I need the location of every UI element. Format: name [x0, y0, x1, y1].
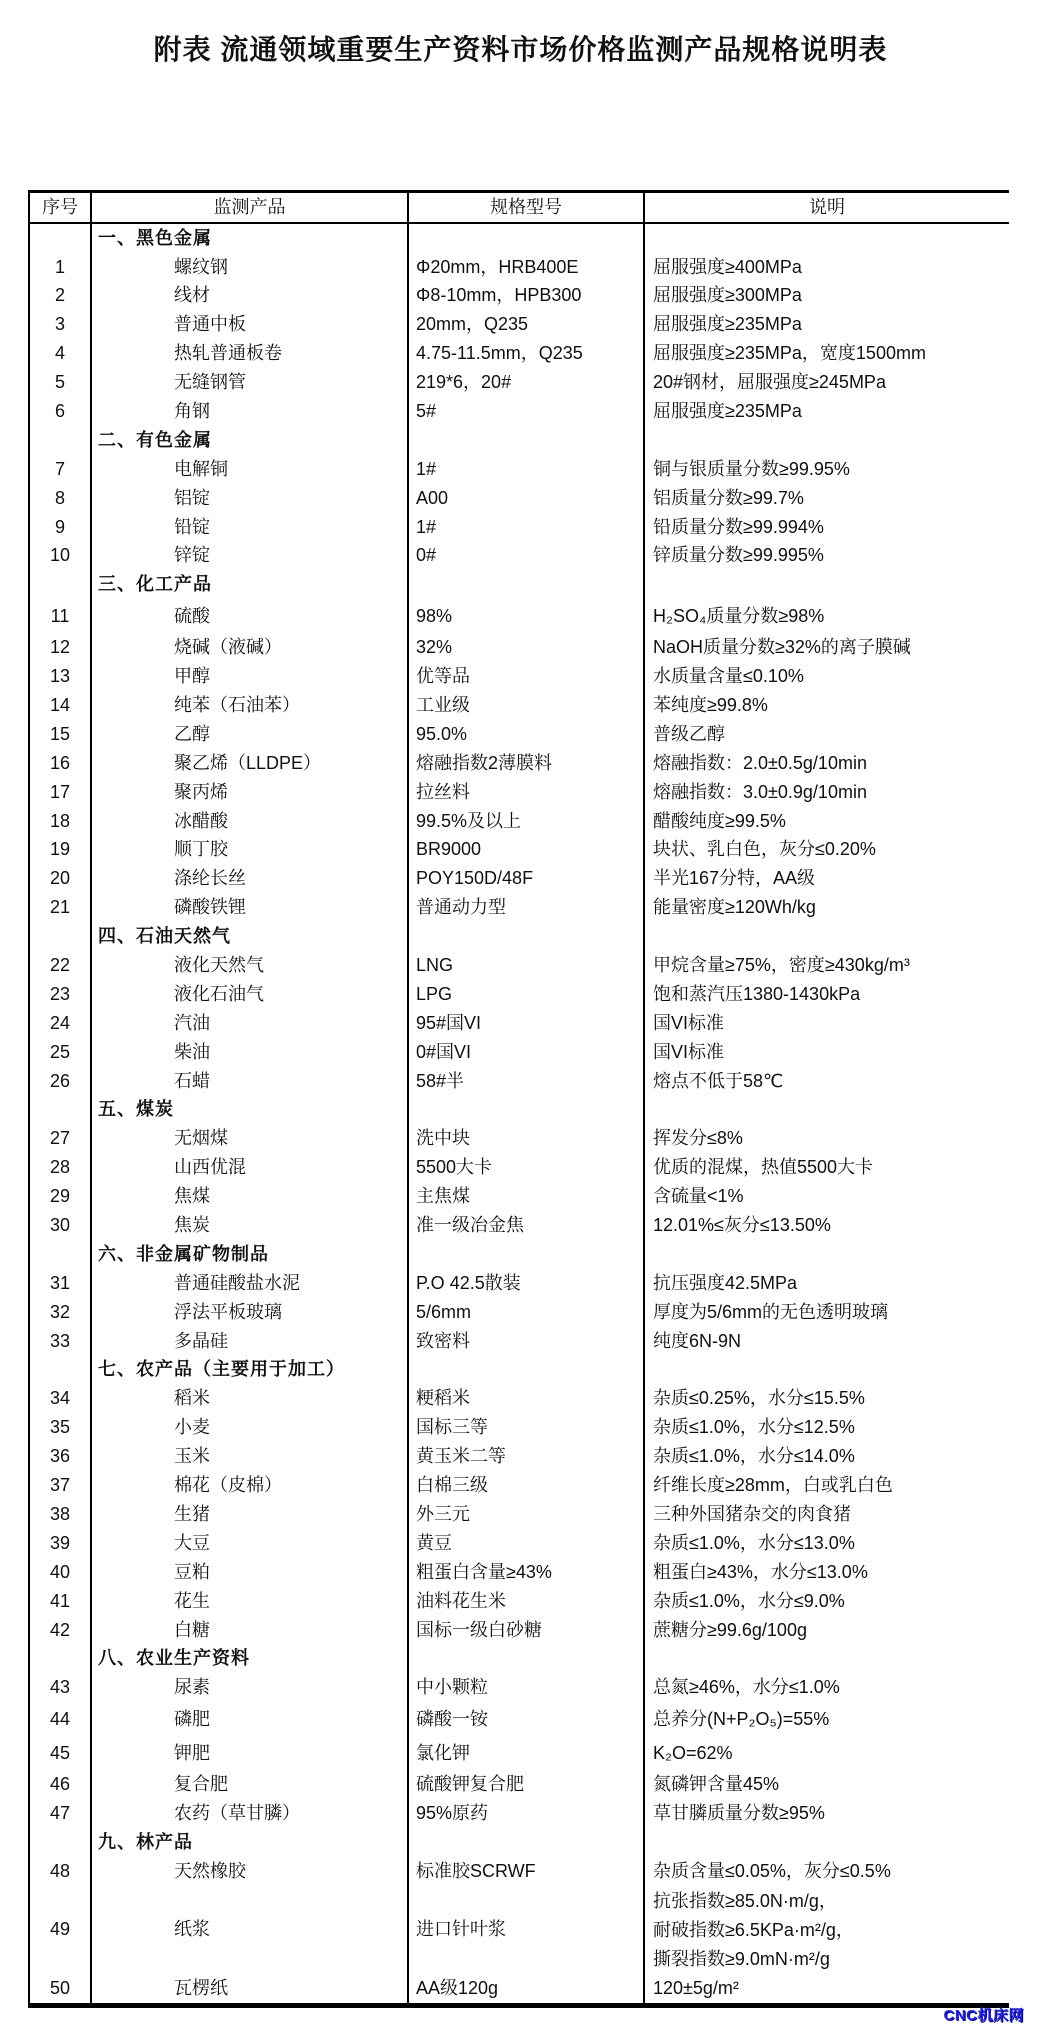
cell-desc: 铝质量分数≥99.7% — [643, 484, 1009, 513]
cell-desc — [643, 1240, 1009, 1269]
cell-no: 37 — [30, 1471, 90, 1500]
page-title: 附表 流通领域重要生产资料市场价格监测产品规格说明表 — [0, 28, 1041, 68]
table-row: 30 焦炭 准一级冶金焦 12.01%≤灰分≤13.50% — [30, 1211, 1009, 1240]
cell-product: 无缝钢管 — [90, 368, 407, 397]
cell-no: 40 — [30, 1558, 90, 1587]
cell-desc: 国VI标准 — [643, 1038, 1009, 1067]
cell-product: 线材 — [90, 282, 407, 311]
col-header-spec: 规格型号 — [407, 193, 643, 222]
col-header-desc: 说明 — [643, 193, 1009, 222]
cell-desc — [643, 1096, 1009, 1125]
cell-spec: 洗中块 — [407, 1125, 643, 1154]
cell-no: 11 — [30, 600, 90, 634]
table-row: 7 电解铜 1# 铜与银质量分数≥99.95% — [30, 455, 1009, 484]
cell-spec: 氯化钾 — [407, 1737, 643, 1771]
cell-desc: 三种外国猪杂交的肉食猪 — [643, 1500, 1009, 1529]
cell-desc: 屈服强度≥235MPa — [643, 397, 1009, 426]
cell-spec: 准一级冶金焦 — [407, 1211, 643, 1240]
table-row: 13 甲醇 优等品 水质量含量≤0.10% — [30, 662, 1009, 691]
cell-product: 角钢 — [90, 397, 407, 426]
cell-product: 稻米 — [90, 1385, 407, 1414]
cell-no: 1 — [30, 253, 90, 282]
cell-no — [30, 1240, 90, 1269]
cell-spec: 95%原药 — [407, 1799, 643, 1828]
table-category-row: 二、有色金属 — [30, 426, 1009, 455]
cell-desc — [643, 571, 1009, 600]
cell-desc: 总养分(N+P₂O₅)=55% — [643, 1703, 1009, 1737]
cell-desc: 屈服强度≥235MPa — [643, 311, 1009, 340]
cell-no: 33 — [30, 1327, 90, 1356]
cell-desc: H₂SO₄质量分数≥98% — [643, 600, 1009, 634]
cell-product: 涤纶长丝 — [90, 865, 407, 894]
cell-product: 电解铜 — [90, 455, 407, 484]
cell-product: 聚丙烯 — [90, 778, 407, 807]
cell-product: 棉花（皮棉） — [90, 1471, 407, 1500]
cell-spec: 1# — [407, 513, 643, 542]
cell-no: 14 — [30, 691, 90, 720]
cell-product: 焦煤 — [90, 1183, 407, 1212]
cell-desc: 纤维长度≥28mm，白或乳白色 — [643, 1471, 1009, 1500]
cell-spec: 主焦煤 — [407, 1183, 643, 1212]
cell-spec — [407, 426, 643, 455]
cell-spec: 1# — [407, 455, 643, 484]
cell-desc: K₂O=62% — [643, 1737, 1009, 1771]
table-body: 一、黑色金属 1 螺纹钢 Φ20mm，HRB400E 屈服强度≥400MPa 2… — [30, 224, 1009, 2003]
cell-product: 乙醇 — [90, 720, 407, 749]
cell-product: 四、石油天然气 — [90, 922, 407, 951]
cell-spec: BR9000 — [407, 836, 643, 865]
cell-no: 45 — [30, 1737, 90, 1771]
cell-spec: 5500大卡 — [407, 1154, 643, 1183]
cell-desc-line: 抗张指数≥85.0N·m/g， — [653, 1887, 837, 1916]
table-row: 21 磷酸铁锂 普通动力型 能量密度≥120Wh/kg — [30, 894, 1009, 923]
cell-desc: 杂质≤0.25%，水分≤15.5% — [643, 1385, 1009, 1414]
cell-product: 大豆 — [90, 1529, 407, 1558]
cell-product: 天然橡胶 — [90, 1857, 407, 1886]
cell-no — [30, 1096, 90, 1125]
cell-spec: 油料花生米 — [407, 1587, 643, 1616]
cell-no: 29 — [30, 1183, 90, 1212]
cell-product: 六、非金属矿物制品 — [90, 1240, 407, 1269]
table-row: 1 螺纹钢 Φ20mm，HRB400E 屈服强度≥400MPa — [30, 253, 1009, 282]
cell-spec: A00 — [407, 484, 643, 513]
table-row: 34 稻米 粳稻米 杂质≤0.25%，水分≤15.5% — [30, 1385, 1009, 1414]
cell-no: 8 — [30, 484, 90, 513]
cell-product: 三、化工产品 — [90, 571, 407, 600]
cell-no: 32 — [30, 1298, 90, 1327]
table-category-row: 八、农业生产资料 — [30, 1645, 1009, 1674]
cell-product: 小麦 — [90, 1414, 407, 1443]
table-row: 6 角钢 5# 屈服强度≥235MPa — [30, 397, 1009, 426]
table-row: 47 农药（草甘膦） 95%原药 草甘膦质量分数≥95% — [30, 1799, 1009, 1828]
cell-desc: 总氮≥46%，水分≤1.0% — [643, 1674, 1009, 1703]
table-row: 35 小麦 国标三等 杂质≤1.0%，水分≤12.5% — [30, 1414, 1009, 1443]
table-row: 33 多晶硅 致密料 纯度6N-9N — [30, 1327, 1009, 1356]
cell-no — [30, 922, 90, 951]
cell-desc: 草甘膦质量分数≥95% — [643, 1799, 1009, 1828]
cell-desc: NaOH质量分数≥32%的离子膜碱 — [643, 634, 1009, 663]
table-category-row: 三、化工产品 — [30, 571, 1009, 600]
table-row: 9 铅锭 1# 铅质量分数≥99.994% — [30, 513, 1009, 542]
cell-desc: 普级乙醇 — [643, 720, 1009, 749]
cell-product: 液化石油气 — [90, 980, 407, 1009]
cell-desc — [643, 1356, 1009, 1385]
cell-desc: 块状、乳白色，灰分≤0.20% — [643, 836, 1009, 865]
cell-no: 26 — [30, 1067, 90, 1096]
cell-desc: 国VI标准 — [643, 1009, 1009, 1038]
cell-desc: 锌质量分数≥99.995% — [643, 542, 1009, 571]
cell-no: 20 — [30, 865, 90, 894]
table-header-row: 序号 监测产品 规格型号 说明 — [30, 193, 1009, 224]
cell-desc: 粗蛋白≥43%，水分≤13.0% — [643, 1558, 1009, 1587]
cell-no: 47 — [30, 1799, 90, 1828]
cell-spec: 0#国VI — [407, 1038, 643, 1067]
cell-no: 18 — [30, 807, 90, 836]
cell-product: 热轧普通板卷 — [90, 340, 407, 369]
cell-no — [30, 1356, 90, 1385]
cell-no: 6 — [30, 397, 90, 426]
cell-product: 焦炭 — [90, 1211, 407, 1240]
cell-spec: LNG — [407, 951, 643, 980]
cell-desc: 厚度为5/6mm的无色透明玻璃 — [643, 1298, 1009, 1327]
cell-product: 聚乙烯（LLDPE） — [90, 749, 407, 778]
cell-product: 液化天然气 — [90, 951, 407, 980]
cell-product: 玉米 — [90, 1443, 407, 1472]
cell-no: 30 — [30, 1211, 90, 1240]
cell-no: 50 — [30, 1974, 90, 2003]
cell-spec: 硫酸钾复合肥 — [407, 1771, 643, 1800]
cell-spec: 98% — [407, 600, 643, 634]
cell-spec: AA级120g — [407, 1974, 643, 2003]
cell-spec: 致密料 — [407, 1327, 643, 1356]
cell-no: 9 — [30, 513, 90, 542]
cell-product: 七、农产品（主要用于加工） — [90, 1356, 407, 1385]
cell-spec: 95#国VI — [407, 1009, 643, 1038]
cell-desc-line: 耐破指数≥6.5KPa·m²/g， — [653, 1916, 854, 1945]
cell-desc: 氮磷钾含量45% — [643, 1771, 1009, 1800]
cell-no: 49 — [30, 1886, 90, 1974]
cell-product: 纸浆 — [90, 1886, 407, 1974]
cell-no: 46 — [30, 1771, 90, 1800]
cell-desc: 杂质≤1.0%，水分≤13.0% — [643, 1529, 1009, 1558]
cell-no: 31 — [30, 1269, 90, 1298]
cell-no — [30, 1828, 90, 1857]
cell-product: 复合肥 — [90, 1771, 407, 1800]
cell-product: 生猪 — [90, 1500, 407, 1529]
cell-spec — [407, 1828, 643, 1857]
cell-product: 尿素 — [90, 1674, 407, 1703]
table-category-row: 一、黑色金属 — [30, 224, 1009, 253]
table-row: 46 复合肥 硫酸钾复合肥 氮磷钾含量45% — [30, 1771, 1009, 1800]
cell-desc — [643, 224, 1009, 253]
cell-no: 23 — [30, 980, 90, 1009]
table-row: 31 普通硅酸盐水泥 P.O 42.5散装 抗压强度42.5MPa — [30, 1269, 1009, 1298]
table-row: 4 热轧普通板卷 4.75-11.5mm，Q235 屈服强度≥235MPa，宽度… — [30, 340, 1009, 369]
cell-spec: 5# — [407, 397, 643, 426]
cell-no: 43 — [30, 1674, 90, 1703]
table-row: 39 大豆 黄豆 杂质≤1.0%，水分≤13.0% — [30, 1529, 1009, 1558]
table-row: 50 瓦楞纸 AA级120g 120±5g/m² — [30, 1974, 1009, 2003]
cell-spec: 95.0% — [407, 720, 643, 749]
cell-no: 39 — [30, 1529, 90, 1558]
cell-spec: 国标三等 — [407, 1414, 643, 1443]
cell-spec: 国标一级白砂糖 — [407, 1616, 643, 1645]
cell-product: 石蜡 — [90, 1067, 407, 1096]
cell-no: 2 — [30, 282, 90, 311]
cell-spec: 黄玉米二等 — [407, 1443, 643, 1472]
cell-desc: 杂质≤1.0%，水分≤12.5% — [643, 1414, 1009, 1443]
cell-spec: 32% — [407, 634, 643, 663]
cell-spec: Φ20mm，HRB400E — [407, 253, 643, 282]
table-row: 49 纸浆 进口针叶浆 抗张指数≥85.0N·m/g，耐破指数≥6.5KPa·m… — [30, 1886, 1009, 1974]
cell-spec — [407, 1645, 643, 1674]
cell-no — [30, 224, 90, 253]
cell-desc — [643, 426, 1009, 455]
table-row: 44 磷肥 磷酸一铵 总养分(N+P₂O₅)=55% — [30, 1703, 1009, 1737]
table-row: 20 涤纶长丝 POY150D/48F 半光167分特，AA级 — [30, 865, 1009, 894]
table-row: 23 液化石油气 LPG 饱和蒸汽压1380-1430kPa — [30, 980, 1009, 1009]
table-row: 24 汽油 95#国VI 国VI标准 — [30, 1009, 1009, 1038]
cell-spec: 20mm，Q235 — [407, 311, 643, 340]
cell-desc: 半光167分特，AA级 — [643, 865, 1009, 894]
cell-no — [30, 571, 90, 600]
cell-spec — [407, 1240, 643, 1269]
cell-desc: 20#钢材，屈服强度≥245MPa — [643, 368, 1009, 397]
table-row: 27 无烟煤 洗中块 挥发分≤8% — [30, 1125, 1009, 1154]
cell-no: 48 — [30, 1857, 90, 1886]
table-row: 19 顺丁胶 BR9000 块状、乳白色，灰分≤0.20% — [30, 836, 1009, 865]
table-category-row: 五、煤炭 — [30, 1096, 1009, 1125]
cell-product: 硫酸 — [90, 600, 407, 634]
table-row: 11 硫酸 98% H₂SO₄质量分数≥98% — [30, 600, 1009, 634]
cell-desc: 含硫量<1% — [643, 1183, 1009, 1212]
table-row: 15 乙醇 95.0% 普级乙醇 — [30, 720, 1009, 749]
cell-desc: 挥发分≤8% — [643, 1125, 1009, 1154]
cell-spec: 熔融指数2薄膜料 — [407, 749, 643, 778]
cell-product: 二、有色金属 — [90, 426, 407, 455]
cell-no — [30, 426, 90, 455]
table-row: 12 烧碱（液碱） 32% NaOH质量分数≥32%的离子膜碱 — [30, 634, 1009, 663]
cell-spec — [407, 1096, 643, 1125]
cell-no: 28 — [30, 1154, 90, 1183]
table-row: 28 山西优混 5500大卡 优质的混煤，热值5500大卡 — [30, 1154, 1009, 1183]
cell-desc: 甲烷含量≥75%，密度≥430kg/m³ — [643, 951, 1009, 980]
table-category-row: 四、石油天然气 — [30, 922, 1009, 951]
table-row: 45 钾肥 氯化钾 K₂O=62% — [30, 1737, 1009, 1771]
table-row: 42 白糖 国标一级白砂糖 蔗糖分≥99.6g/100g — [30, 1616, 1009, 1645]
table-row: 14 纯苯（石油苯） 工业级 苯纯度≥99.8% — [30, 691, 1009, 720]
cell-desc: 铅质量分数≥99.994% — [643, 513, 1009, 542]
cell-desc: 抗张指数≥85.0N·m/g，耐破指数≥6.5KPa·m²/g，撕裂指数≥9.0… — [643, 1886, 1009, 1974]
cell-desc-line: 撕裂指数≥9.0mN·m²/g — [653, 1945, 830, 1974]
cell-product: 花生 — [90, 1587, 407, 1616]
table-row: 41 花生 油料花生米 杂质≤1.0%，水分≤9.0% — [30, 1587, 1009, 1616]
cell-no: 12 — [30, 634, 90, 663]
cell-desc: 铜与银质量分数≥99.95% — [643, 455, 1009, 484]
table-row: 26 石蜡 58#半 熔点不低于58℃ — [30, 1067, 1009, 1096]
table-row: 3 普通中板 20mm，Q235 屈服强度≥235MPa — [30, 311, 1009, 340]
cell-product: 冰醋酸 — [90, 807, 407, 836]
cell-no: 7 — [30, 455, 90, 484]
cell-spec: 白棉三级 — [407, 1471, 643, 1500]
table-row: 17 聚丙烯 拉丝料 熔融指数：3.0±0.9g/10min — [30, 778, 1009, 807]
cell-desc: 纯度6N-9N — [643, 1327, 1009, 1356]
cell-desc: 水质量含量≤0.10% — [643, 662, 1009, 691]
cell-spec: 219*6，20# — [407, 368, 643, 397]
cell-product: 农药（草甘膦） — [90, 1799, 407, 1828]
table-row: 2 线材 Φ8-10mm，HPB300 屈服强度≥300MPa — [30, 282, 1009, 311]
cell-spec: 工业级 — [407, 691, 643, 720]
cell-desc: 优质的混煤，热值5500大卡 — [643, 1154, 1009, 1183]
cell-product: 烧碱（液碱） — [90, 634, 407, 663]
cell-desc: 120±5g/m² — [643, 1974, 1009, 2003]
cell-product: 九、林产品 — [90, 1828, 407, 1857]
cell-product: 汽油 — [90, 1009, 407, 1038]
cell-spec: 黄豆 — [407, 1529, 643, 1558]
cell-spec — [407, 571, 643, 600]
cell-desc: 杂质含量≤0.05%，灰分≤0.5% — [643, 1857, 1009, 1886]
cell-spec: 外三元 — [407, 1500, 643, 1529]
cell-no: 22 — [30, 951, 90, 980]
cell-spec: P.O 42.5散装 — [407, 1269, 643, 1298]
cell-spec: 99.5%及以上 — [407, 807, 643, 836]
cell-product: 白糖 — [90, 1616, 407, 1645]
cell-spec: POY150D/48F — [407, 865, 643, 894]
table-row: 25 柴油 0#国VI 国VI标准 — [30, 1038, 1009, 1067]
cell-no: 15 — [30, 720, 90, 749]
cell-product: 浮法平板玻璃 — [90, 1298, 407, 1327]
cell-spec — [407, 224, 643, 253]
table-row: 10 锌锭 0# 锌质量分数≥99.995% — [30, 542, 1009, 571]
table-row: 18 冰醋酸 99.5%及以上 醋酸纯度≥99.5% — [30, 807, 1009, 836]
cell-no: 3 — [30, 311, 90, 340]
table-row: 36 玉米 黄玉米二等 杂质≤1.0%，水分≤14.0% — [30, 1443, 1009, 1472]
cell-spec: 粳稻米 — [407, 1385, 643, 1414]
cell-no: 17 — [30, 778, 90, 807]
table-category-row: 七、农产品（主要用于加工） — [30, 1356, 1009, 1385]
cell-spec: 5/6mm — [407, 1298, 643, 1327]
cell-product: 豆粕 — [90, 1558, 407, 1587]
cell-no: 41 — [30, 1587, 90, 1616]
cell-desc: 屈服强度≥235MPa，宽度1500mm — [643, 340, 1009, 369]
cell-product: 山西优混 — [90, 1154, 407, 1183]
cell-desc: 12.01%≤灰分≤13.50% — [643, 1211, 1009, 1240]
cell-no: 27 — [30, 1125, 90, 1154]
table-row: 48 天然橡胶 标准胶SCRWF 杂质含量≤0.05%，灰分≤0.5% — [30, 1857, 1009, 1886]
cell-product: 顺丁胶 — [90, 836, 407, 865]
cell-desc — [643, 1828, 1009, 1857]
table-category-row: 六、非金属矿物制品 — [30, 1240, 1009, 1269]
cell-no: 35 — [30, 1414, 90, 1443]
cell-product: 多晶硅 — [90, 1327, 407, 1356]
cell-product: 磷酸铁锂 — [90, 894, 407, 923]
cell-no: 25 — [30, 1038, 90, 1067]
cell-desc — [643, 1645, 1009, 1674]
table-row: 43 尿素 中小颗粒 总氮≥46%，水分≤1.0% — [30, 1674, 1009, 1703]
cell-desc: 熔融指数：3.0±0.9g/10min — [643, 778, 1009, 807]
cell-spec: 0# — [407, 542, 643, 571]
cell-desc: 能量密度≥120Wh/kg — [643, 894, 1009, 923]
cell-spec: 优等品 — [407, 662, 643, 691]
cell-spec: 普通动力型 — [407, 894, 643, 923]
cell-desc: 苯纯度≥99.8% — [643, 691, 1009, 720]
cell-spec: 标准胶SCRWF — [407, 1857, 643, 1886]
cell-desc: 杂质≤1.0%，水分≤9.0% — [643, 1587, 1009, 1616]
table-row: 37 棉花（皮棉） 白棉三级 纤维长度≥28mm，白或乳白色 — [30, 1471, 1009, 1500]
cell-spec: 4.75-11.5mm，Q235 — [407, 340, 643, 369]
cell-product: 一、黑色金属 — [90, 224, 407, 253]
cell-product: 钾肥 — [90, 1737, 407, 1771]
cell-product: 铝锭 — [90, 484, 407, 513]
cell-no: 5 — [30, 368, 90, 397]
cell-spec — [407, 1356, 643, 1385]
cell-product: 螺纹钢 — [90, 253, 407, 282]
cell-no: 10 — [30, 542, 90, 571]
cell-desc — [643, 922, 1009, 951]
cell-product: 普通硅酸盐水泥 — [90, 1269, 407, 1298]
table-row: 5 无缝钢管 219*6，20# 20#钢材，屈服强度≥245MPa — [30, 368, 1009, 397]
cell-desc: 蔗糖分≥99.6g/100g — [643, 1616, 1009, 1645]
table-row: 8 铝锭 A00 铝质量分数≥99.7% — [30, 484, 1009, 513]
cell-spec: 中小颗粒 — [407, 1674, 643, 1703]
table-row: 29 焦煤 主焦煤 含硫量<1% — [30, 1183, 1009, 1212]
cell-spec: 进口针叶浆 — [407, 1886, 643, 1974]
cell-spec: 58#半 — [407, 1067, 643, 1096]
cell-no: 16 — [30, 749, 90, 778]
cell-no: 4 — [30, 340, 90, 369]
cell-no: 19 — [30, 836, 90, 865]
cell-desc: 熔融指数：2.0±0.5g/10min — [643, 749, 1009, 778]
table-category-row: 九、林产品 — [30, 1828, 1009, 1857]
table-row: 38 生猪 外三元 三种外国猪杂交的肉食猪 — [30, 1500, 1009, 1529]
table-row: 22 液化天然气 LNG 甲烷含量≥75%，密度≥430kg/m³ — [30, 951, 1009, 980]
cell-spec: 磷酸一铵 — [407, 1703, 643, 1737]
col-header-product: 监测产品 — [90, 193, 407, 222]
cell-product: 磷肥 — [90, 1703, 407, 1737]
cell-desc: 杂质≤1.0%，水分≤14.0% — [643, 1443, 1009, 1472]
cell-spec — [407, 922, 643, 951]
cell-no — [30, 1645, 90, 1674]
cell-spec: Φ8-10mm，HPB300 — [407, 282, 643, 311]
cell-desc: 抗压强度42.5MPa — [643, 1269, 1009, 1298]
cell-desc: 屈服强度≥400MPa — [643, 253, 1009, 282]
table-row: 16 聚乙烯（LLDPE） 熔融指数2薄膜料 熔融指数：2.0±0.5g/10m… — [30, 749, 1009, 778]
cell-desc: 熔点不低于58℃ — [643, 1067, 1009, 1096]
table-row: 40 豆粕 粗蛋白含量≥43% 粗蛋白≥43%，水分≤13.0% — [30, 1558, 1009, 1587]
cell-desc: 醋酸纯度≥99.5% — [643, 807, 1009, 836]
cell-product: 柴油 — [90, 1038, 407, 1067]
cell-spec: 粗蛋白含量≥43% — [407, 1558, 643, 1587]
cell-no: 38 — [30, 1500, 90, 1529]
cell-product: 普通中板 — [90, 311, 407, 340]
cell-product: 纯苯（石油苯） — [90, 691, 407, 720]
cell-product: 铅锭 — [90, 513, 407, 542]
cell-no: 21 — [30, 894, 90, 923]
cell-no: 34 — [30, 1385, 90, 1414]
cell-no: 44 — [30, 1703, 90, 1737]
cell-desc: 屈服强度≥300MPa — [643, 282, 1009, 311]
spec-table: 序号 监测产品 规格型号 说明 一、黑色金属 1 螺纹钢 Φ20mm，HRB40… — [28, 190, 1009, 2008]
cell-product: 瓦楞纸 — [90, 1974, 407, 2003]
cell-no: 42 — [30, 1616, 90, 1645]
col-header-no: 序号 — [30, 193, 90, 222]
cell-product: 五、煤炭 — [90, 1096, 407, 1125]
table-row: 32 浮法平板玻璃 5/6mm 厚度为5/6mm的无色透明玻璃 — [30, 1298, 1009, 1327]
cell-no: 24 — [30, 1009, 90, 1038]
cell-no: 36 — [30, 1443, 90, 1472]
cell-spec: 拉丝料 — [407, 778, 643, 807]
cell-product: 无烟煤 — [90, 1125, 407, 1154]
